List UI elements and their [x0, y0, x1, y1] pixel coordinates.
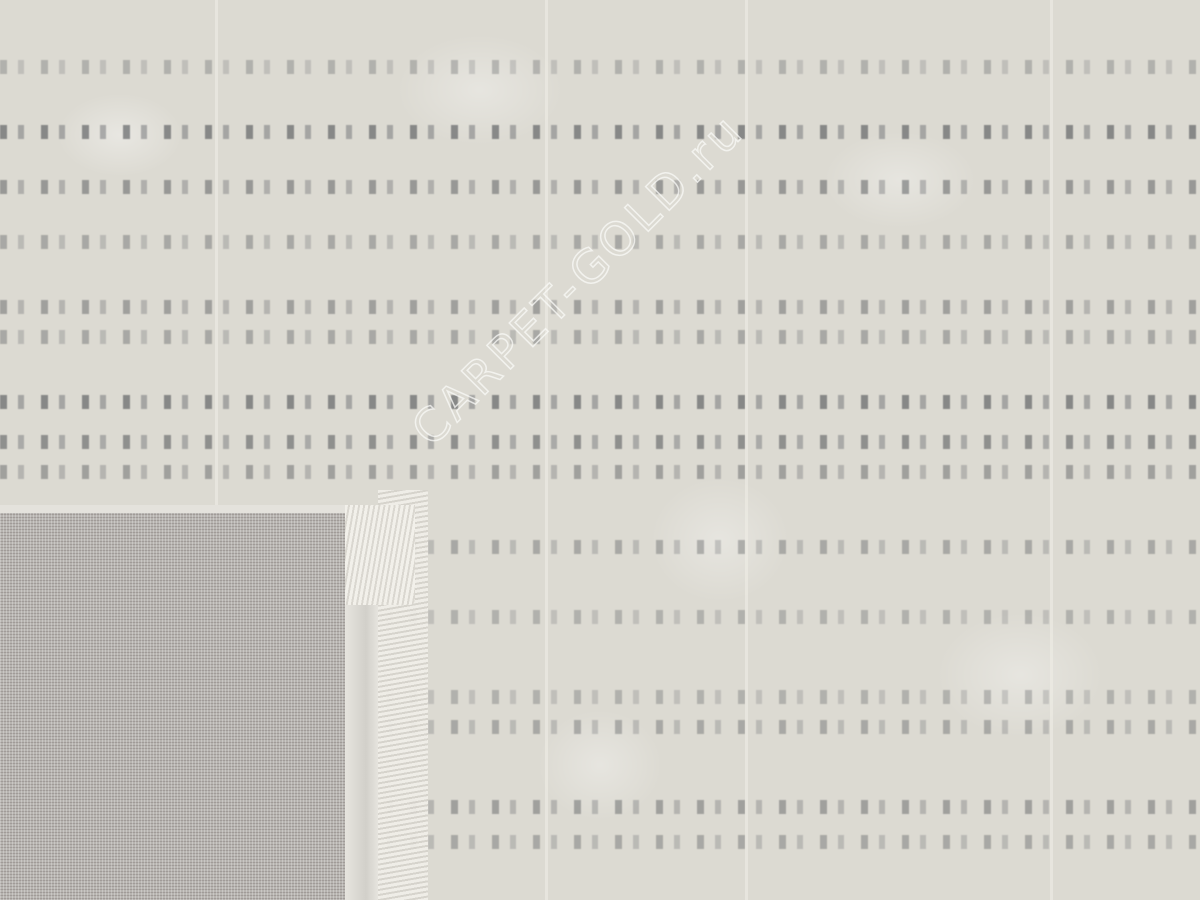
rug-backing [0, 505, 345, 900]
rug-fringe-corner [345, 505, 415, 605]
carpet-photo: CARPET-GOLD.ru [0, 0, 1200, 900]
